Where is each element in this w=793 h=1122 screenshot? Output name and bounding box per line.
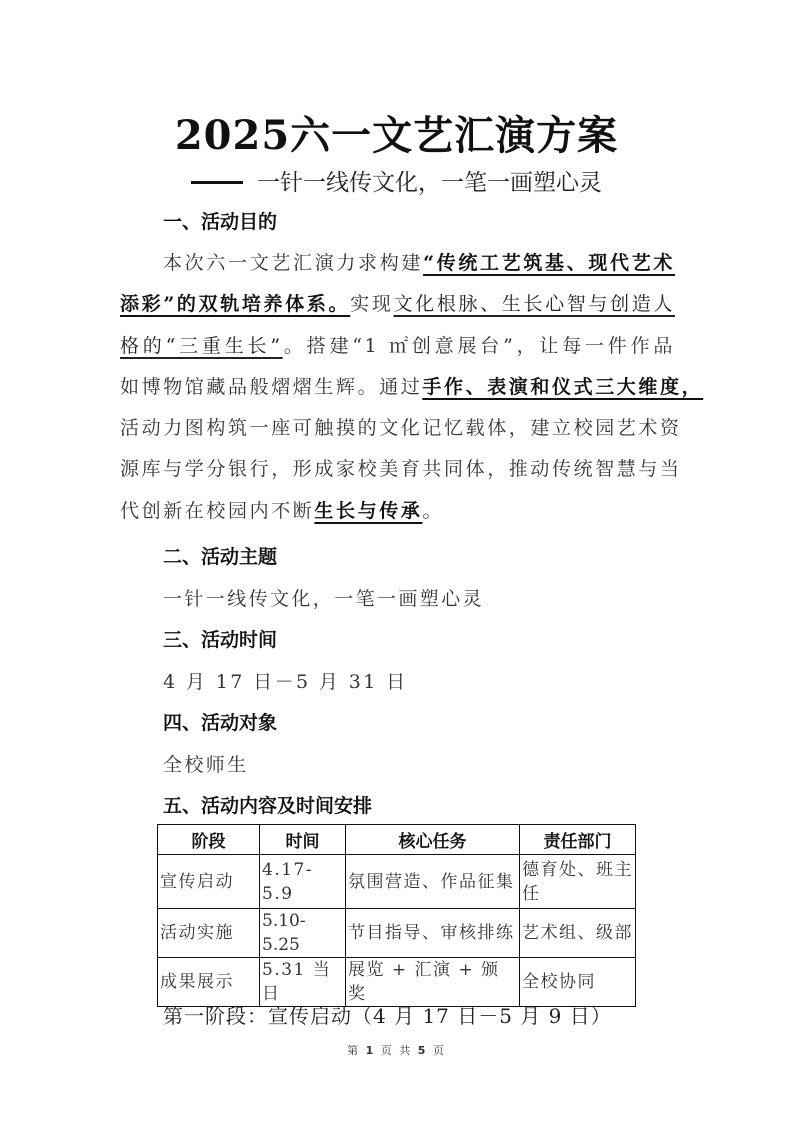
text-segment: 。搭建“1 ㎡创意展台”，让每一件作品 (283, 335, 675, 357)
subtitle-text: 一针一线传文化，一笔一画塑心灵 (257, 170, 602, 196)
footer-prefix: 第 (347, 1044, 360, 1057)
text-segment: 实现 (350, 293, 393, 315)
footer-total-pages: 5 (418, 1044, 428, 1057)
emphasized-text-segment: 文化根脉、生长心智与创造人 (394, 293, 676, 315)
text-segment: 源库与学分银行，形成家校美育共同体，推动传统智慧与当 (120, 458, 682, 480)
header-time: 时间 (260, 825, 346, 855)
cell-time: 5.10-5.25 (260, 909, 346, 958)
section-heading-audience: 四、活动对象 (163, 708, 277, 735)
section-heading-schedule: 五、活动内容及时间安排 (163, 791, 372, 818)
document-title: 2025六一文艺汇演方案 (0, 104, 793, 161)
text-segment: 如博物馆藏品般熠熠生辉。通过 (120, 376, 422, 398)
cell-department: 艺术组、级部 (520, 909, 636, 958)
paragraph-line: 如博物馆藏品般熠熠生辉。通过手作、表演和仪式三大维度， (120, 372, 675, 399)
theme-text: 一针一线传文化，一笔一画塑心灵 (163, 584, 484, 611)
text-segment: 代创新在校园内不断 (120, 500, 314, 522)
paragraph-line: 源库与学分银行，形成家校美育共同体，推动传统智慧与当 (120, 454, 675, 481)
em-dash-decoration (191, 181, 243, 184)
stage-one-heading: 第一阶段：宣传启动（4 月 17 日－5 月 9 日） (163, 1000, 612, 1029)
footer-middle: 页 共 (381, 1044, 413, 1057)
header-core-task: 核心任务 (346, 825, 520, 855)
emphasized-text-segment: “传统工艺筑基、现代艺术 (423, 252, 675, 274)
emphasized-text-segment: 生长与传承 (314, 500, 422, 522)
cell-time: 4.17-5.9 (260, 855, 346, 909)
text-segment: 本次六一文艺汇演力求构建 (163, 252, 423, 274)
cell-task: 节目指导、审核排练 (346, 909, 520, 958)
paragraph-line: 活动力图构筑一座可触摸的文化记忆载体，建立校园艺术资 (120, 413, 675, 440)
table-row: 活动实施 5.10-5.25 节目指导、审核排练 艺术组、级部 (158, 909, 636, 958)
header-stage: 阶段 (158, 825, 260, 855)
section-heading-theme: 二、活动主题 (163, 542, 277, 569)
text-segment: 。 (422, 500, 444, 522)
emphasized-text-segment: 手作、表演和仪式三大维度， (422, 376, 703, 398)
document-subtitle: 一针一线传文化，一笔一画塑心灵 (0, 164, 793, 197)
table-row: 宣传启动 4.17-5.9 氛围营造、作品征集 德育处、班主任 (158, 855, 636, 909)
page-footer: 第 1 页 共 5 页 (0, 1042, 793, 1058)
text-segment: 活动力图构筑一座可触摸的文化记忆载体，建立校园艺术资 (120, 417, 682, 439)
table-header-row: 阶段 时间 核心任务 责任部门 (158, 825, 636, 855)
cell-stage: 宣传启动 (158, 855, 260, 909)
schedule-table: 阶段 时间 核心任务 责任部门 宣传启动 4.17-5.9 氛围营造、作品征集 … (157, 824, 636, 1007)
paragraph-line: 添彩”的双轨培养体系。实现文化根脉、生长心智与创造人 (120, 289, 675, 316)
cell-task: 氛围营造、作品征集 (346, 855, 520, 909)
header-department: 责任部门 (520, 825, 636, 855)
section-heading-purpose: 一、活动目的 (163, 207, 277, 234)
audience-text: 全校师生 (163, 750, 249, 777)
paragraph-line: 代创新在校园内不断生长与传承。 (120, 496, 675, 523)
footer-page-number: 1 (366, 1044, 376, 1057)
paragraph-line: 格的“三重生长”。搭建“1 ㎡创意展台”，让每一件作品 (120, 331, 675, 358)
paragraph-line: 本次六一文艺汇演力求构建“传统工艺筑基、现代艺术 (163, 248, 675, 275)
cell-stage: 活动实施 (158, 909, 260, 958)
cell-department: 德育处、班主任 (520, 855, 636, 909)
footer-suffix: 页 (433, 1044, 446, 1057)
section-heading-time: 三、活动时间 (163, 625, 277, 652)
emphasized-text-segment: 格的“三重生长” (120, 335, 283, 357)
emphasized-text-segment: 添彩”的双轨培养体系。 (120, 293, 350, 315)
time-text: 4 月 17 日－5 月 31 日 (163, 667, 408, 694)
